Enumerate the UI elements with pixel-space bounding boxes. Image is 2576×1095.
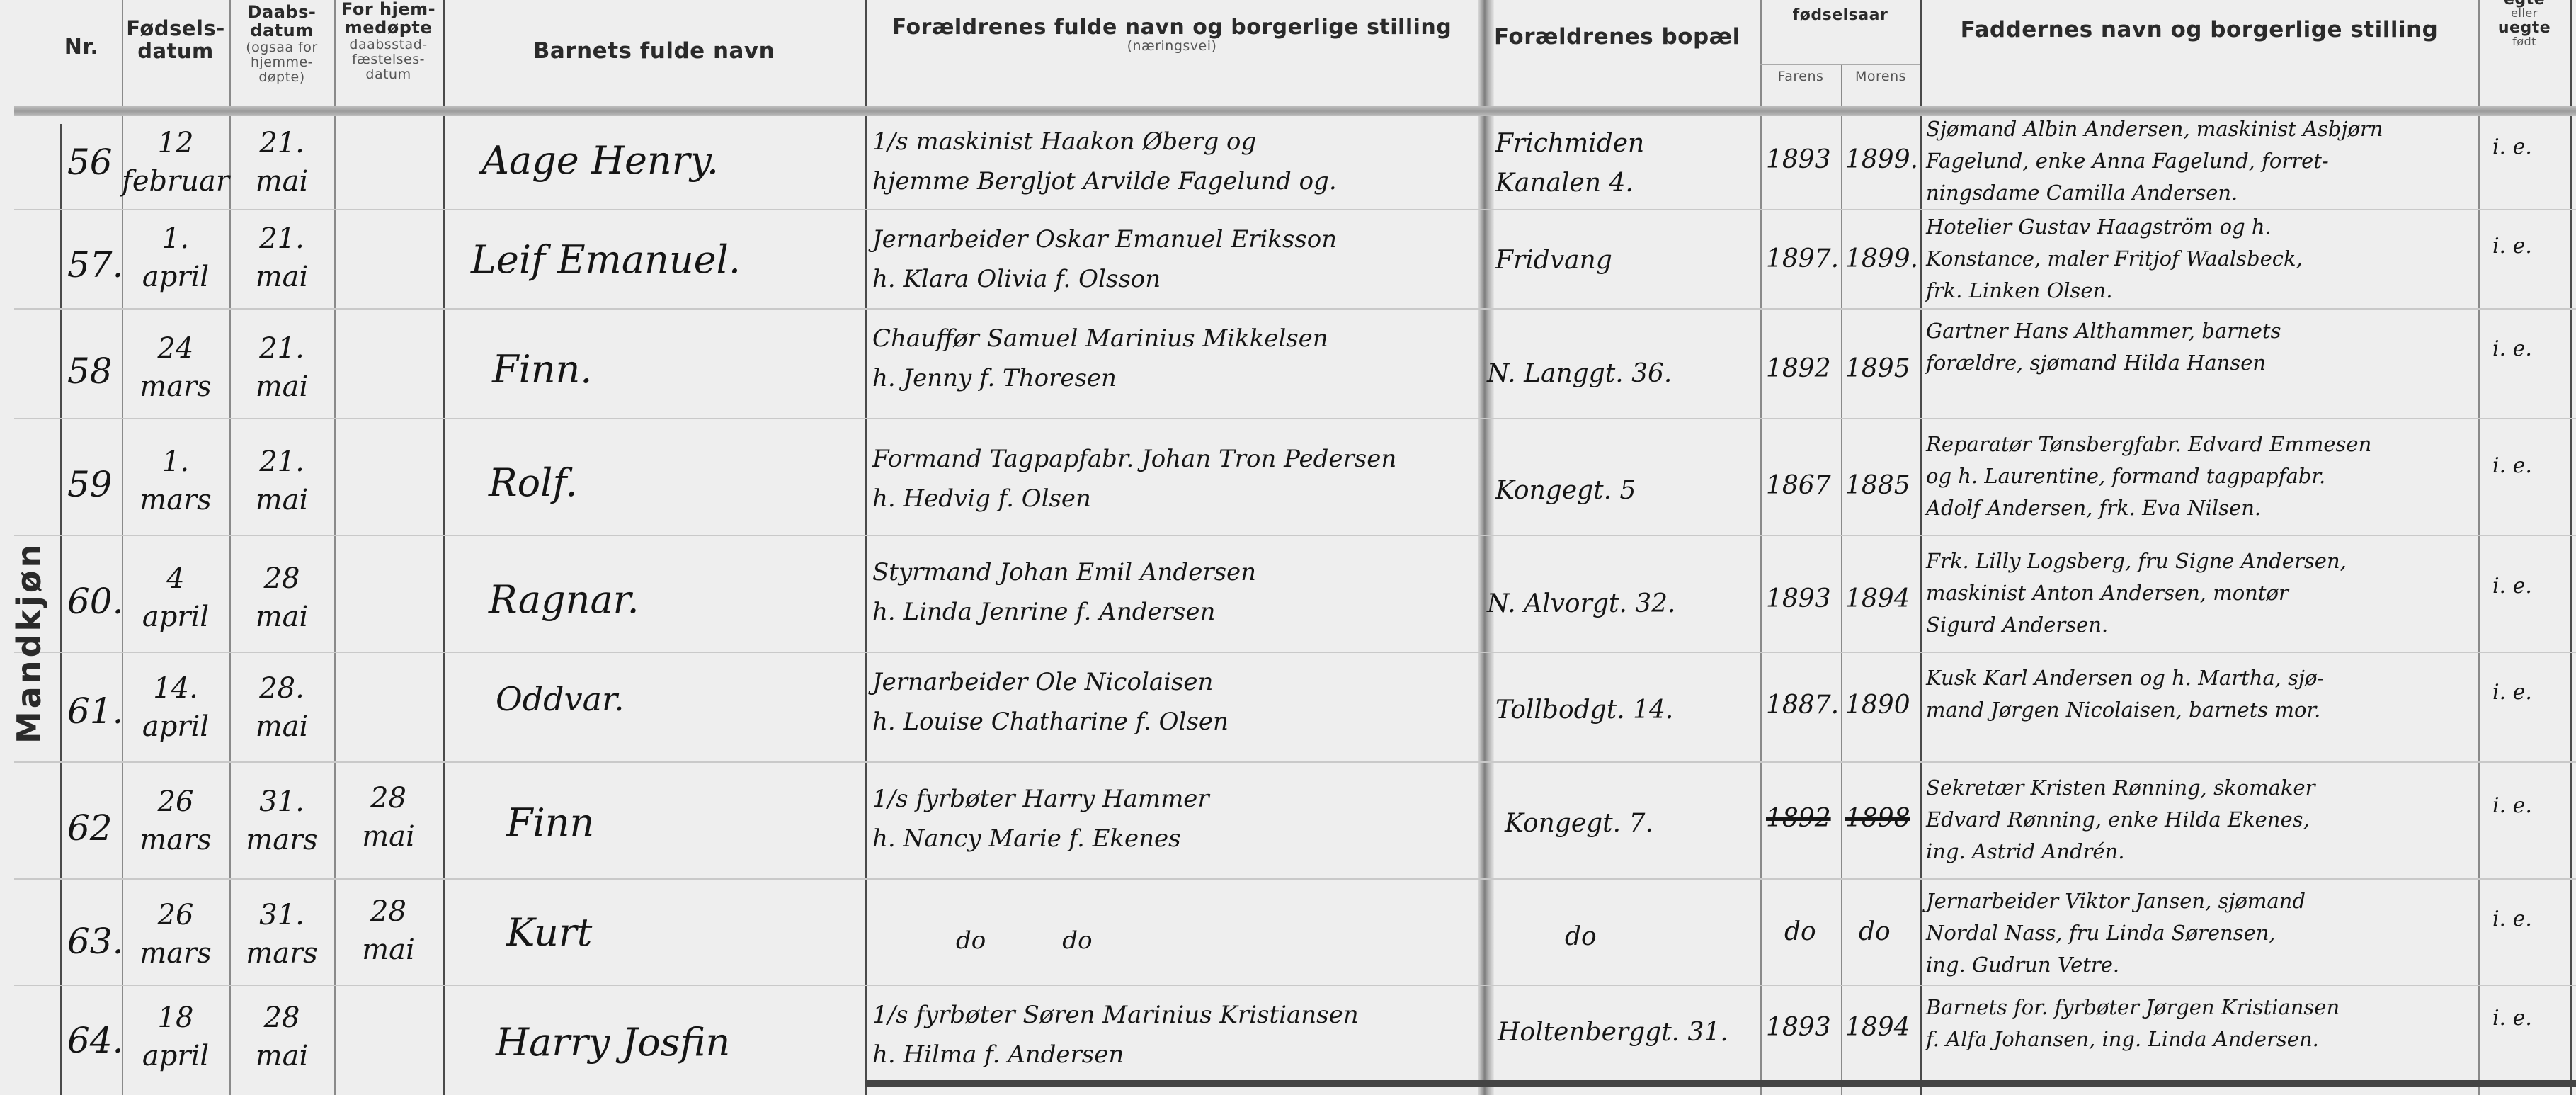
col-divider — [1920, 0, 1922, 1095]
residence-line: N. Langgt. 36. — [1487, 359, 1672, 388]
header-mother-year: Morens — [1841, 69, 1920, 84]
parents-info: 1/s fyrbøter Harry Hammerh. Nancy Marie … — [872, 779, 1209, 858]
father-info: do do — [956, 926, 1093, 955]
father-birth-year: 1892 — [1766, 804, 1831, 833]
header-residence: Forældrenes bopæl — [1494, 25, 1760, 49]
header-subrule — [1760, 64, 1920, 65]
header-godparents: Faddernes navn og borgerlige stilling — [1920, 18, 2478, 42]
godparents-line: Adolf Andersen, frk. Eva Nilsen. — [1926, 496, 2261, 520]
row-separator — [14, 985, 2576, 986]
father-info: 1/s maskinist Haakon Øberg og — [872, 127, 1256, 156]
birth-day: 1. — [162, 446, 189, 478]
godparents-line: Hotelier Gustav Haagström og h. — [1926, 215, 2272, 239]
godparents: Reparatør Tønsbergfabr. Edvard Emmesenog… — [1926, 429, 2371, 524]
father-info: Formand Tagpapfabr. Johan Tron Pedersen — [872, 445, 1396, 473]
row-nr: 64. — [67, 1020, 124, 1061]
godparents-line: forældre, sjømand Hilda Hansen — [1926, 351, 2266, 375]
birth-date: 1.april — [122, 220, 229, 296]
child-name: Finn — [506, 800, 594, 845]
header-parents-title: Forældrenes fulde navn og borgerlige sti… — [892, 15, 1452, 40]
header-legitimacy-2: eller — [2478, 8, 2570, 20]
header-parents: Forældrenes fulde navn og borgerlige sti… — [865, 16, 1478, 54]
baptism-date: 31.mars — [229, 896, 334, 972]
row-separator — [14, 308, 2576, 310]
birth-day: 26 — [158, 785, 194, 818]
godparents: Barnets for. fyrbøter Jørgen Kristiansen… — [1926, 992, 2340, 1055]
birth-date: 12februar — [122, 124, 229, 200]
mother-birth-year: 1894 — [1845, 584, 1910, 613]
godparents-line: mand Jørgen Nicolaisen, barnets mor. — [1926, 698, 2320, 722]
row-nr: 59 — [67, 464, 113, 505]
godparents-line: Sekretær Kristen Rønning, skomaker — [1926, 776, 2315, 800]
mother-birth-year: 1894 — [1845, 1013, 1910, 1042]
godparents-line: Barnets for. fyrbøter Jørgen Kristiansen — [1926, 995, 2340, 1019]
parents-info: Styrmand Johan Emil Andersenh. Linda Jen… — [872, 552, 1256, 632]
birth-date: 24mars — [122, 329, 229, 406]
birth-month: mars — [139, 824, 211, 856]
godparents-line: Kusk Karl Andersen og h. Martha, sjø- — [1926, 666, 2324, 690]
header-child-name: Barnets fulde navn — [443, 39, 865, 63]
birth-date: 26mars — [122, 896, 229, 972]
birth-day: 14. — [153, 672, 198, 705]
row-nr: 56 — [67, 142, 113, 183]
birth-date: 18april — [122, 999, 229, 1075]
residence-line: Tollbodgt. 14. — [1495, 696, 1673, 725]
mother-birth-year: do — [1859, 917, 1891, 946]
godparents-line: Reparatør Tønsbergfabr. Edvard Emmesen — [1926, 432, 2371, 456]
section-label-mandkjon: Mandkjøn — [10, 542, 48, 744]
baptism-month: mars — [246, 937, 317, 970]
row-nr: 61. — [67, 691, 124, 732]
birth-day: 1. — [162, 222, 189, 255]
mother-info: h. Jenny f. Thoresen — [872, 364, 1117, 392]
residence-line: Kanalen 4. — [1495, 169, 1634, 198]
godparents: Kusk Karl Andersen og h. Martha, sjø-man… — [1926, 662, 2324, 726]
father-info: Chauffør Samuel Marinius Mikkelsen — [872, 324, 1328, 353]
legitimacy: i. e. — [2492, 336, 2532, 361]
residence: FrichmidenKanalen 4. — [1495, 124, 1644, 203]
home-baptism-day: 28 — [370, 895, 406, 928]
birth-day: 12 — [158, 127, 194, 159]
godparents-line: og h. Laurentine, formand tagpapfabr. — [1926, 464, 2325, 488]
residence: N. Langgt. 36. — [1487, 354, 1672, 394]
legitimacy: i. e. — [2492, 680, 2532, 705]
baptism-day: 31. — [259, 899, 304, 931]
godparents-line: maskinist Anton Andersen, montør — [1926, 581, 2289, 605]
mother-info: h. Nancy Marie f. Ekenes — [872, 824, 1181, 853]
row-nr: 60. — [67, 581, 124, 622]
col-divider — [2478, 0, 2480, 1095]
father-birth-year: 1887. — [1766, 691, 1839, 720]
residence-line: N. Alvorgt. 32. — [1487, 589, 1675, 618]
godparents-line: ing. Astrid Andrén. — [1926, 839, 2124, 863]
baptism-date: 21.mai — [229, 220, 334, 296]
baptism-month: mai — [256, 370, 309, 403]
bottom-rule — [865, 1080, 2576, 1087]
row-nr: 62 — [67, 807, 113, 849]
child-name: Aage Henry. — [481, 138, 719, 183]
parents-info: 1/s fyrbøter Søren Marinius Kristiansenh… — [872, 995, 1359, 1074]
child-name: Kurt — [506, 910, 592, 955]
row-separator — [14, 878, 2576, 880]
godparents: Jernarbeider Viktor Jansen, sjømandNorda… — [1926, 885, 2306, 981]
birth-date: 4april — [122, 560, 229, 636]
col-divider — [2570, 0, 2572, 1095]
mother-birth-year: 1899. — [1845, 244, 1918, 273]
child-name: Rolf. — [489, 460, 578, 505]
residence: Tollbodgt. 14. — [1495, 691, 1673, 730]
legitimacy: i. e. — [2492, 793, 2532, 818]
birth-month: april — [142, 1040, 209, 1072]
godparents-line: f. Alfa Johansen, ing. Linda Andersen. — [1926, 1027, 2319, 1051]
child-name: Finn. — [492, 347, 592, 392]
mother-birth-year: 1890 — [1845, 691, 1910, 720]
residence: Fridvang — [1495, 241, 1612, 280]
row-nr: 57. — [67, 244, 124, 285]
father-birth-year: do — [1784, 917, 1816, 946]
godparents-line: ningsdame Camilla Andersen. — [1926, 181, 2238, 205]
mother-birth-year: 1895 — [1845, 354, 1910, 383]
father-birth-year: 1867 — [1766, 471, 1831, 500]
godparents-line: Sjømand Albin Andersen, maskinist Asbjør… — [1926, 117, 2383, 141]
baptism-day: 21. — [259, 222, 304, 255]
baptism-date: 21.mai — [229, 329, 334, 406]
header-home-baptized-title: For hjem-medøpte — [341, 0, 435, 38]
header-legitimacy-4: født — [2478, 36, 2570, 48]
mother-info: h. Klara Olivia f. Olsson — [872, 265, 1161, 293]
godparents-line: Nordal Nass, fru Linda Sørensen, — [1926, 921, 2276, 945]
header-legitimacy-3: uegte — [2478, 20, 2570, 36]
godparents: Sjømand Albin Andersen, maskinist Asbjør… — [1926, 113, 2383, 209]
godparents: Frk. Lilly Logsberg, fru Signe Andersen,… — [1926, 545, 2347, 641]
baptism-month: mai — [256, 484, 309, 516]
godparents-line: Frk. Lilly Logsberg, fru Signe Andersen, — [1926, 549, 2347, 573]
child-name: Harry Josfin — [496, 1020, 730, 1065]
father-birth-year: 1893 — [1766, 145, 1831, 174]
parents-info: 1/s maskinist Haakon Øberg oghjemme Berg… — [872, 122, 1337, 201]
baptism-date: 28.mai — [229, 669, 334, 746]
home-baptism-date: 28mai — [334, 892, 443, 969]
residence-line: Frichmiden — [1495, 129, 1644, 158]
birth-month: februar — [122, 165, 229, 198]
godparents: Sekretær Kristen Rønning, skomakerEdvard… — [1926, 772, 2315, 868]
godparents: Hotelier Gustav Haagström og h.Konstance… — [1926, 211, 2303, 307]
header-nr: Nr. — [42, 35, 120, 59]
header-baptism-date-title: Daabs-datum — [248, 2, 317, 40]
child-name: Oddvar. — [496, 680, 625, 718]
row-separator — [14, 535, 2576, 536]
father-info: Styrmand Johan Emil Andersen — [872, 558, 1256, 586]
birth-month: mars — [139, 937, 211, 970]
father-birth-year: 1893 — [1766, 1013, 1831, 1042]
godparents-line: Gartner Hans Althammer, barnets — [1926, 319, 2281, 343]
parents-info: do do — [956, 921, 1093, 960]
page-fold — [1478, 0, 1494, 1095]
residence: Holtenberggt. 31. — [1498, 1013, 1728, 1053]
baptism-day: 21. — [259, 446, 304, 478]
home-baptism-date: 28mai — [334, 779, 443, 856]
godparents-line: Fagelund, enke Anna Fagelund, forret- — [1926, 149, 2329, 173]
home-baptism-month: mai — [362, 820, 415, 853]
row-separator — [14, 761, 2576, 763]
header-birth-date: Fødsels-datum — [122, 18, 229, 63]
row-separator — [14, 209, 2576, 210]
baptism-month: mai — [256, 261, 309, 293]
godparents-line: Jernarbeider Viktor Jansen, sjømand — [1926, 889, 2306, 913]
mother-info: h. Hilma f. Andersen — [872, 1040, 1124, 1069]
row-nr: 63. — [67, 921, 124, 962]
godparents-line: Edvard Rønning, enke Hilda Ekenes, — [1926, 807, 2310, 832]
godparents-line: ing. Gudrun Vetre. — [1926, 953, 2119, 977]
header-parents-sub: (næringsvei) — [865, 39, 1478, 54]
baptism-date: 21.mai — [229, 124, 334, 200]
baptism-day: 28 — [264, 562, 300, 595]
home-baptism-month: mai — [362, 934, 415, 966]
left-border-line — [60, 124, 62, 1095]
baptism-month: mars — [246, 824, 317, 856]
col-divider — [443, 0, 445, 1095]
header-legitimacy: egte eller uegte født — [2478, 0, 2570, 48]
residence: Kongegt. 7. — [1505, 804, 1653, 844]
baptism-date: 21.mai — [229, 443, 334, 519]
legitimacy: i. e. — [2492, 135, 2532, 159]
parents-info: Jernarbeider Ole Nicolaisenh. Louise Cha… — [872, 662, 1229, 742]
residence: do — [1565, 917, 1597, 957]
godparents-line: Konstance, maler Fritjof Waalsbeck, — [1926, 246, 2303, 271]
parents-info: Formand Tagpapfabr. Johan Tron Pedersenh… — [872, 439, 1396, 518]
baptism-date: 28mai — [229, 999, 334, 1075]
legitimacy: i. e. — [2492, 1006, 2532, 1031]
mother-birth-year: 1899. — [1845, 145, 1918, 174]
col-divider — [1760, 0, 1762, 1095]
legitimacy: i. e. — [2492, 234, 2532, 259]
godparents-line: frk. Linken Olsen. — [1926, 278, 2112, 302]
birth-month: april — [142, 261, 209, 293]
row-separator — [14, 652, 2576, 653]
mother-info: h. Louise Chatharine f. Olsen — [872, 708, 1229, 736]
father-info: 1/s fyrbøter Harry Hammer — [872, 785, 1209, 813]
birth-day: 4 — [166, 562, 184, 595]
father-info: Jernarbeider Ole Nicolaisen — [872, 668, 1213, 696]
baptism-date: 28mai — [229, 560, 334, 636]
header-father-year: Farens — [1760, 69, 1841, 84]
baptism-day: 28. — [259, 672, 304, 705]
father-birth-year: 1897. — [1766, 244, 1839, 273]
birth-month: mars — [139, 370, 211, 403]
header-birth-year: fødselsaar — [1760, 7, 1920, 24]
birth-date: 14.april — [122, 669, 229, 746]
residence-line: Holtenberggt. 31. — [1498, 1018, 1728, 1047]
parents-info: Chauffør Samuel Marinius Mikkelsenh. Jen… — [872, 319, 1328, 398]
residence-line: Kongegt. 5 — [1495, 476, 1636, 505]
header-baptism-date: Daabs-datum (ogsaa for hjemme-døpte) — [229, 3, 334, 84]
mother-birth-year: 1885 — [1845, 471, 1910, 500]
col-divider — [865, 0, 867, 1095]
mother-info: h. Linda Jenrine f. Andersen — [872, 598, 1215, 626]
birth-day: 18 — [158, 1002, 194, 1034]
birth-day: 24 — [158, 332, 194, 365]
birth-month: april — [142, 710, 209, 743]
church-register-page: Nr. Fødsels-datum Daabs-datum (ogsaa for… — [0, 0, 2576, 1095]
row-separator — [14, 418, 2576, 419]
father-info: 1/s fyrbøter Søren Marinius Kristiansen — [872, 1001, 1359, 1029]
father-birth-year: 1892 — [1766, 354, 1831, 383]
mother-info: hjemme Bergljot Arvilde Fagelund og. — [872, 167, 1337, 195]
child-name: Ragnar. — [489, 577, 639, 622]
residence-line: Fridvang — [1495, 246, 1612, 275]
mother-info: h. Hedvig f. Olsen — [872, 484, 1091, 513]
residence: Kongegt. 5 — [1495, 471, 1636, 511]
father-birth-year: 1893 — [1766, 584, 1831, 613]
baptism-day: 21. — [259, 332, 304, 365]
parents-info: Jernarbeider Oskar Emanuel Erikssonh. Kl… — [872, 220, 1337, 299]
residence-line: do — [1565, 922, 1597, 951]
baptism-day: 21. — [259, 127, 304, 159]
row-nr: 58 — [67, 351, 113, 392]
godparents: Gartner Hans Althammer, barnetsforældre,… — [1926, 315, 2281, 379]
birth-date: 26mars — [122, 783, 229, 859]
godparents-line: Sigurd Andersen. — [1926, 613, 2108, 637]
baptism-month: mai — [256, 710, 309, 743]
father-info: Jernarbeider Oskar Emanuel Eriksson — [872, 225, 1337, 254]
baptism-month: mai — [256, 601, 309, 633]
birth-month: mars — [139, 484, 211, 516]
mother-birth-year: 1898 — [1845, 804, 1910, 833]
legitimacy: i. e. — [2492, 453, 2532, 478]
birth-day: 26 — [158, 899, 194, 931]
legitimacy: i. e. — [2492, 907, 2532, 931]
col-divider — [1841, 64, 1842, 1095]
home-baptism-day: 28 — [370, 782, 406, 815]
birth-month: april — [142, 601, 209, 633]
baptism-month: mai — [256, 165, 309, 198]
residence-line: Kongegt. 7. — [1505, 809, 1653, 838]
header-baptism-date-sub: (ogsaa for hjemme-døpte) — [229, 40, 334, 85]
legitimacy: i. e. — [2492, 574, 2532, 598]
birth-date: 1.mars — [122, 443, 229, 519]
baptism-day: 28 — [264, 1002, 300, 1034]
child-name: Leif Emanuel. — [471, 237, 741, 282]
baptism-day: 31. — [259, 785, 304, 818]
baptism-date: 31.mars — [229, 783, 334, 859]
baptism-month: mai — [256, 1040, 309, 1072]
header-home-baptized-sub: daabsstad-fæstelses-datum — [334, 38, 443, 82]
residence: N. Alvorgt. 32. — [1487, 584, 1675, 624]
header-home-baptized: For hjem-medøpte daabsstad-fæstelses-dat… — [334, 0, 443, 81]
